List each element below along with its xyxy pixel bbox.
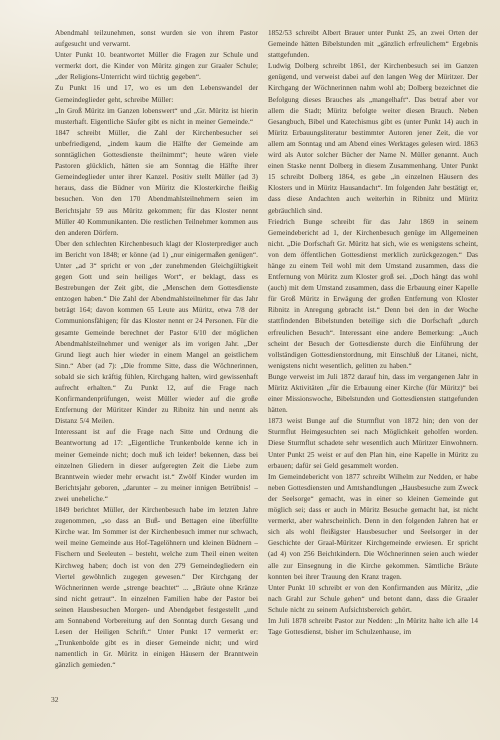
paragraph: 1873 weist Bunge auf die Sturmflut von 1… (268, 416, 478, 471)
paragraph: Unter Punkt 10. beantwortet Müller die F… (55, 50, 258, 83)
paragraph: Friedrich Bunge schreibt für das Jahr 18… (268, 217, 478, 372)
paragraph: Bunge verweist im Juli 1872 darauf hin, … (268, 372, 478, 416)
paragraph: Unter Punkt 10 schreibt er von den Konfi… (268, 583, 478, 616)
paragraph: Über den schlechten Kirchenbesuch klagt … (55, 239, 258, 428)
paragraph: Zu Punkt 16 und 17, wo es um den Lebensw… (55, 83, 258, 105)
paragraph: 1852/53 schreibt Albert Brauer unter Pun… (268, 28, 478, 61)
paragraph: Im Gemeindebericht von 1877 schreibt Wil… (268, 472, 478, 583)
text-column-right: 1852/53 schreibt Albert Brauer unter Pun… (268, 28, 478, 671)
paragraph: Abendmahl teilzunehmen, sonst wurden sie… (55, 28, 258, 50)
text-columns: Abendmahl teilzunehmen, sonst wurden sie… (0, 0, 500, 671)
book-page: Abendmahl teilzunehmen, sonst wurden sie… (0, 0, 500, 740)
page-number: 32 (51, 695, 59, 704)
paragraph: Ludwig Dolberg schreibt 1861, der Kirche… (268, 61, 478, 216)
paragraph: Im Juli 1878 schreibt Pastor zur Nedden:… (268, 616, 478, 638)
paragraph: 1847 schreibt Müller, die Zahl der Kirch… (55, 128, 258, 239)
text-column-left: Abendmahl teilzunehmen, sonst wurden sie… (55, 28, 258, 671)
paragraph: Interessant ist auf die Frage nach Sitte… (55, 427, 258, 505)
paragraph: „In Groß Müritz im Ganzen lobenswert“ un… (55, 106, 258, 128)
paragraph: 1849 berichtet Müller, der Kirchenbesuch… (55, 505, 258, 671)
